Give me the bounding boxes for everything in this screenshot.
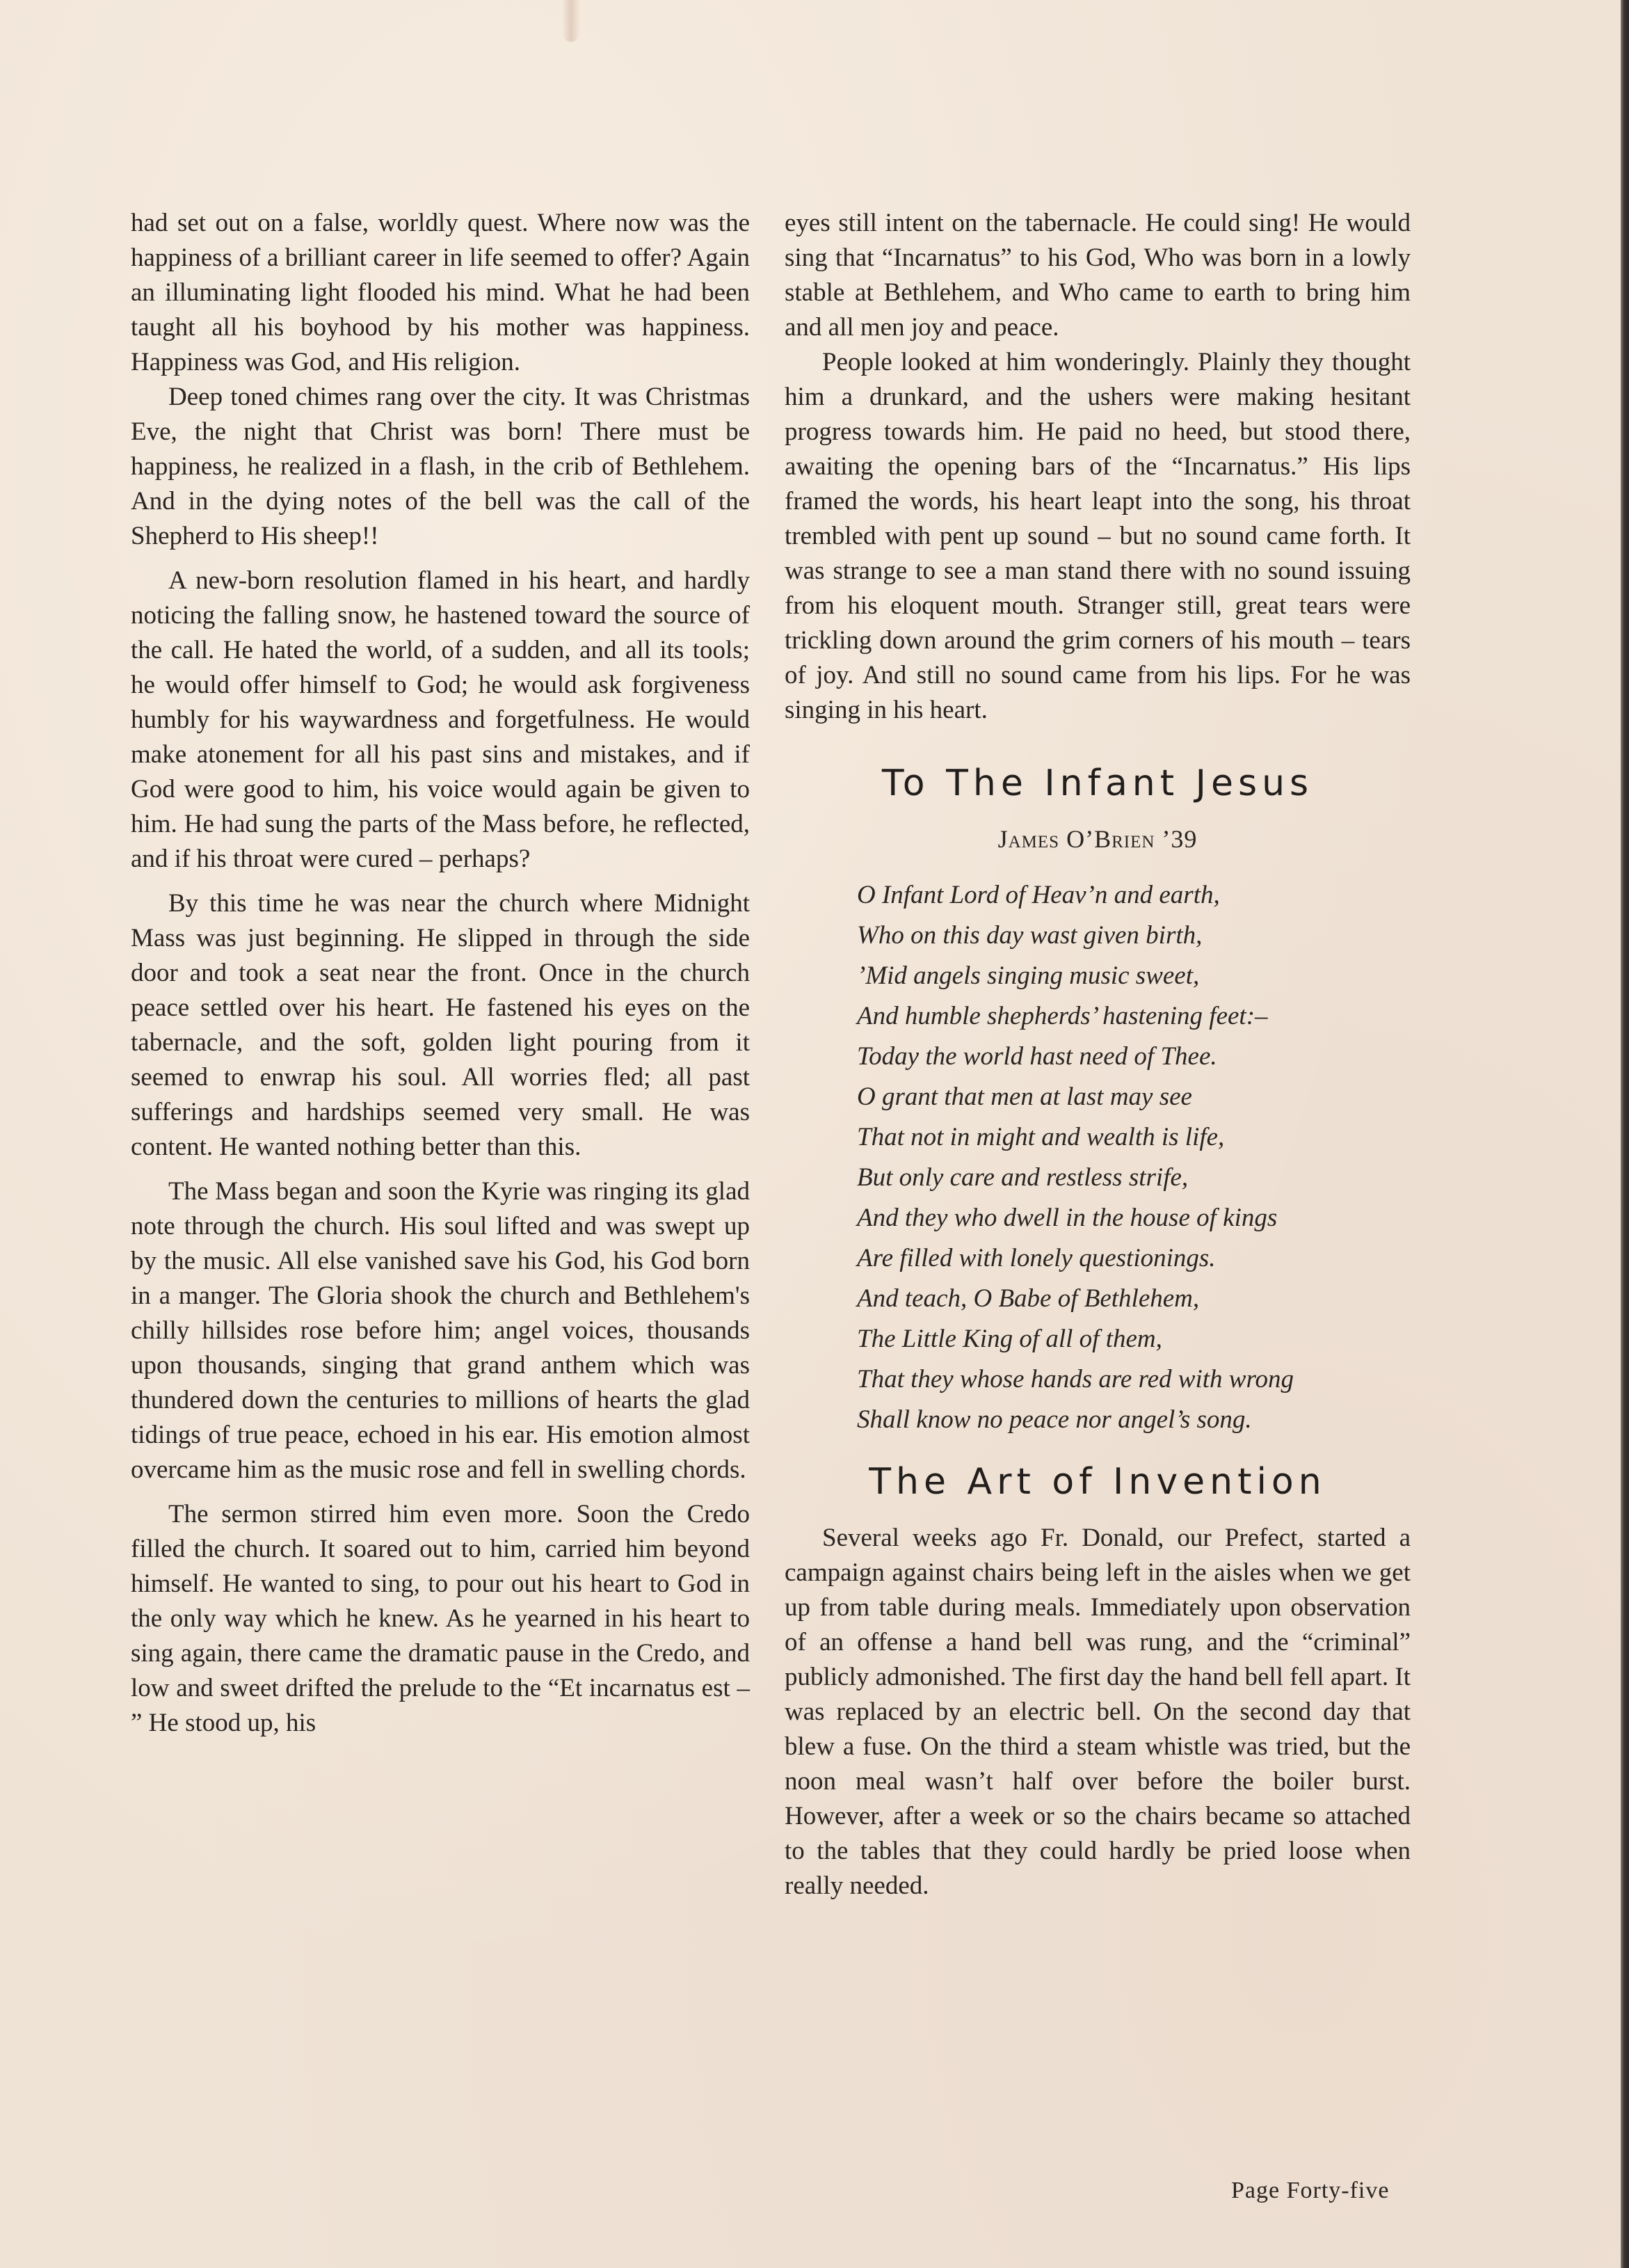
essay-body: Several weeks ago Fr. Donald, our Prefec… bbox=[785, 1521, 1411, 1903]
story-paragraph: A new-born resolution flamed in his hear… bbox=[131, 564, 750, 877]
poem-title: To The Infant Jesus bbox=[785, 762, 1411, 804]
essay-title: The Art of Invention bbox=[785, 1461, 1411, 1503]
story-paragraph: People looked at him wonderingly. Plainl… bbox=[785, 345, 1411, 728]
poem-line: Today the world hast need of Thee. bbox=[857, 1037, 1411, 1077]
story-paragraph: The Mass began and soon the Kyrie was ri… bbox=[131, 1174, 750, 1487]
story-paragraph: eyes still intent on the tabernacle. He … bbox=[785, 206, 1411, 345]
left-column: had set out on a false, worldly quest. W… bbox=[131, 206, 750, 1741]
poem-line: Shall know no peace nor angel’s song. bbox=[857, 1400, 1411, 1440]
page-number: Page Forty-five bbox=[1231, 2178, 1389, 2204]
poem-line: Who on this day wast given birth, bbox=[857, 916, 1411, 956]
poem-line: That not in might and wealth is life, bbox=[857, 1117, 1411, 1158]
poem-line: O Infant Lord of Heav’n and earth, bbox=[857, 875, 1411, 916]
poem-line: Are filled with lonely questionings. bbox=[857, 1238, 1411, 1279]
essay-paragraph: Several weeks ago Fr. Donald, our Prefec… bbox=[785, 1521, 1411, 1903]
poem-line: And they who dwell in the house of kings bbox=[857, 1198, 1411, 1238]
paper-crease bbox=[562, 0, 580, 42]
poem-line: ’Mid angels singing music sweet, bbox=[857, 956, 1411, 996]
poem-line: And teach, O Babe of Bethlehem, bbox=[857, 1279, 1411, 1319]
page-edge-shadow bbox=[1621, 0, 1629, 2268]
story-paragraph: The sermon stirred him even more. Soon t… bbox=[131, 1497, 750, 1741]
poem-line: But only care and restless strife, bbox=[857, 1158, 1411, 1198]
poem-line: That they whose hands are red with wrong bbox=[857, 1359, 1411, 1400]
poem-line: O grant that men at last may see bbox=[857, 1077, 1411, 1117]
poem-line: And humble shepherds’ hastening feet:– bbox=[857, 996, 1411, 1037]
story-paragraph: had set out on a false, worldly quest. W… bbox=[131, 206, 750, 380]
poem-byline: James O’Brien ’39 bbox=[785, 824, 1411, 854]
story-paragraph: Deep toned chimes rang over the city. It… bbox=[131, 380, 750, 554]
poem-body: O Infant Lord of Heav’n and earth, Who o… bbox=[857, 875, 1411, 1440]
story-paragraph: By this time he was near the church wher… bbox=[131, 886, 750, 1165]
poem-line: The Little King of all of them, bbox=[857, 1319, 1411, 1359]
right-column: eyes still intent on the tabernacle. He … bbox=[785, 206, 1411, 1903]
